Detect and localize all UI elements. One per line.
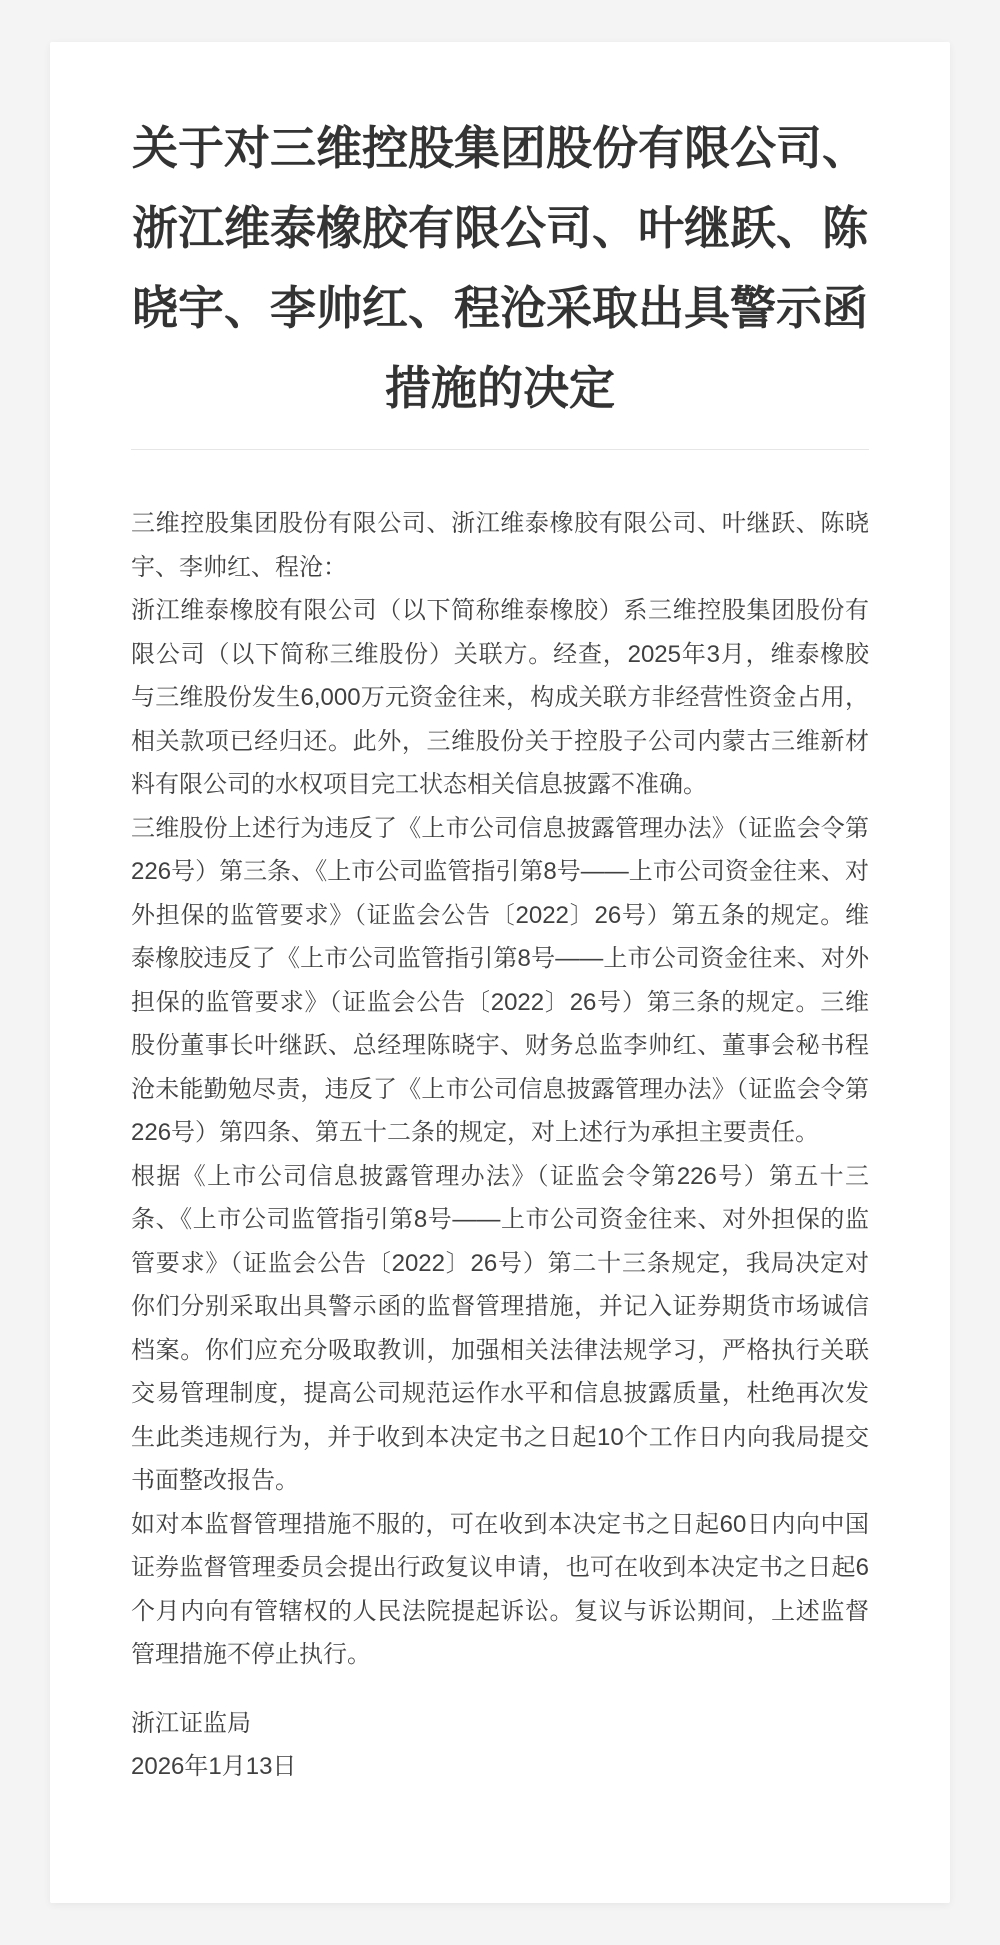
document-body: 三维控股集团股份有限公司、浙江维泰橡胶有限公司、叶继跃、陈晓宇、李帅红、程沧： …: [131, 502, 869, 1677]
signature-issuer: 浙江证监局: [131, 1702, 869, 1746]
signature-block: 浙江证监局 2026年1月13日: [131, 1702, 869, 1789]
title-divider: [131, 449, 869, 450]
paragraph-salutation: 三维控股集团股份有限公司、浙江维泰橡胶有限公司、叶继跃、陈晓宇、李帅红、程沧：: [131, 502, 869, 589]
paragraph-appeal: 如对本监督管理措施不服的，可在收到本决定书之日起60日内向中国证券监督管理委员会…: [131, 1503, 869, 1677]
document-card: 关于对三维控股集团股份有限公司、浙江维泰橡胶有限公司、叶继跃、陈晓宇、李帅红、程…: [50, 42, 950, 1903]
signature-date: 2026年1月13日: [131, 1745, 869, 1789]
paragraph-violations: 三维股份上述行为违反了《上市公司信息披露管理办法》（证监会令第226号）第三条、…: [131, 807, 869, 1155]
paragraph-decision: 根据《上市公司信息披露管理办法》（证监会令第226号）第五十三条、《上市公司监管…: [131, 1155, 869, 1503]
document-title: 关于对三维控股集团股份有限公司、浙江维泰橡胶有限公司、叶继跃、陈晓宇、李帅红、程…: [131, 108, 869, 428]
page-background: 关于对三维控股集团股份有限公司、浙江维泰橡胶有限公司、叶继跃、陈晓宇、李帅红、程…: [0, 0, 1000, 1945]
paragraph-facts: 浙江维泰橡胶有限公司（以下简称维泰橡胶）系三维控股集团股份有限公司（以下简称三维…: [131, 589, 869, 807]
